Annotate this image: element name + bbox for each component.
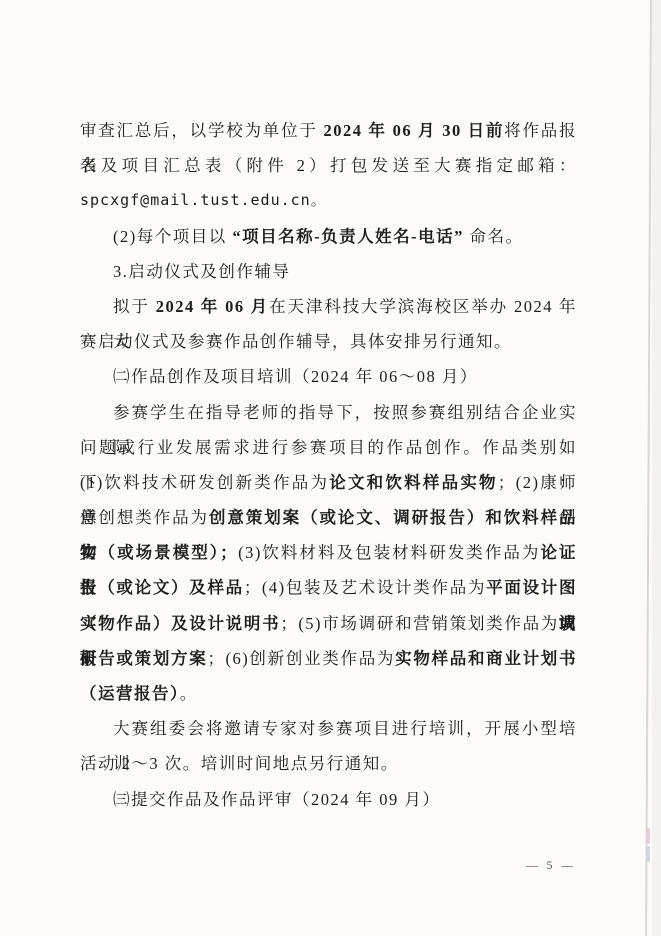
text-line-14: 告（或论文）及样品；(4)包装及艺术设计类作品为平面设计图（或 — [80, 570, 577, 605]
document-text-block: 审查汇总后，以学校为单位于 2024 年 06 月 30 日前将作品报名表及项目… — [80, 113, 577, 817]
text-line-20: ㈢提交作品及作品评审（2024 年 09 月） — [80, 782, 577, 817]
body-text-segment: 活动 2～3 次。培训时间地点另行通知。 — [80, 754, 399, 773]
text-line-4: (2)每个项目以 “项目名称-负责人姓名-电话” 命名。 — [80, 219, 577, 254]
bold-text-segment: 实物样品和商业计划书 — [395, 649, 577, 668]
text-line-7: 赛启动仪式及参赛作品创作辅导，具体安排另行通知。 — [80, 324, 577, 359]
text-line-8: ㈡作品创作及项目培训（2024 年 06～08 月） — [80, 359, 577, 394]
page-number: — 5 — — [508, 860, 594, 872]
scan-background-strip — [652, 0, 661, 936]
bold-text-segment: 论文和饮料样品实物 — [329, 473, 498, 492]
body-text-segment: 审查汇总后，以学校为单位于 — [80, 121, 324, 140]
body-text-segment: ；(5)市场调研和营销策划类作品为 — [280, 614, 559, 633]
text-line-12: 意创想类作品为创意策划案（或论文、调研报告）和饮料样品实 — [80, 500, 577, 535]
body-text-segment: 意创想类作品为 — [80, 508, 209, 527]
body-text-segment: 拟于 — [113, 297, 156, 316]
page-edge-line — [645, 0, 652, 936]
body-text-segment: (1)饮料技术研发创新类作品为 — [80, 473, 329, 492]
text-line-17: （运营报告）。 — [80, 676, 577, 711]
text-line-2: 表及项目汇总表（附件 2）打包发送至大赛指定邮箱： — [80, 148, 577, 183]
text-line-13: 物（或场景模型）；(3)饮料材料及包装材料研发类作品为论证报 — [80, 535, 577, 570]
text-line-3: spcxgf@mail.tust.edu.cn。 — [80, 183, 577, 218]
text-line-6: 拟于 2024 年 06 月在天津科技大学滨海校区举办 2024 年大 — [80, 289, 577, 324]
body-text-segment: ㈡作品创作及项目培训（2024 年 06～08 月） — [113, 367, 478, 386]
scanned-document-page: 审查汇总后，以学校为单位于 2024 年 06 月 30 日前将作品报名表及项目… — [0, 0, 661, 936]
bold-text-segment: 告（或论文）及样品 — [80, 578, 244, 597]
body-text-segment: 。 — [180, 684, 198, 703]
text-line-16: 报告或策划方案；(6)创新创业类作品为实物样品和商业计划书 — [80, 641, 577, 676]
body-text-segment: 赛启动仪式及参赛作品创作辅导，具体安排另行通知。 — [80, 332, 512, 351]
bold-text-segment: “项目名称-负责人姓名-电话” — [232, 227, 464, 246]
text-line-15: 实物作品）及设计说明书；(5)市场调研和营销策划类作品为调研 — [80, 606, 577, 641]
text-line-19: 活动 2～3 次。培训时间地点另行通知。 — [80, 746, 577, 781]
scan-artifact-pink-streak — [647, 828, 650, 844]
bold-text-segment: 2024 年 06 月 30 日前 — [324, 121, 505, 140]
body-text-segment: 命名。 — [464, 227, 524, 246]
bold-text-segment: （运营报告） — [80, 684, 180, 703]
body-text-segment: ㈢提交作品及作品评审（2024 年 09 月） — [113, 790, 440, 809]
body-text-segment: (2)每个项目以 — [113, 227, 232, 246]
bold-text-segment: 2024 年 06 月 — [156, 297, 269, 316]
text-line-11: (1)饮料技术研发创新类作品为论文和饮料样品实物；(2)康师傅创 — [80, 465, 577, 500]
body-text-segment: (3)饮料材料及包装材料研发类作品为 — [238, 543, 540, 562]
text-line-5: 3.启动仪式及创作辅导 — [80, 254, 577, 289]
body-text-segment: spcxgf@mail.tust.edu.cn。 — [80, 191, 327, 209]
text-line-18: 大赛组委会将邀请专家对参赛项目进行培训，开展小型培训 — [80, 711, 577, 746]
scan-artifact-blue-streak — [647, 846, 650, 862]
body-text-segment: ；(4)包装及艺术设计类作品为 — [244, 578, 486, 597]
body-text-segment: 表及项目汇总表（附件 2）打包发送至大赛指定邮箱： — [80, 156, 577, 175]
text-line-9: 参赛学生在指导老师的指导下，按照参赛组别结合企业实际 — [80, 395, 577, 430]
bold-text-segment: 物（或场景模型）； — [80, 543, 238, 562]
text-line-10: 问题或行业发展需求进行参赛项目的作品创作。作品类别如下： — [80, 430, 577, 465]
body-text-segment: 3.启动仪式及创作辅导 — [113, 262, 290, 281]
text-line-1: 审查汇总后，以学校为单位于 2024 年 06 月 30 日前将作品报名 — [80, 113, 577, 148]
body-text-segment: ；(6)创新创业类作品为 — [207, 649, 395, 668]
bold-text-segment: 实物作品）及设计说明书 — [80, 614, 280, 633]
bold-text-segment: 报告或策划方案 — [80, 649, 207, 668]
